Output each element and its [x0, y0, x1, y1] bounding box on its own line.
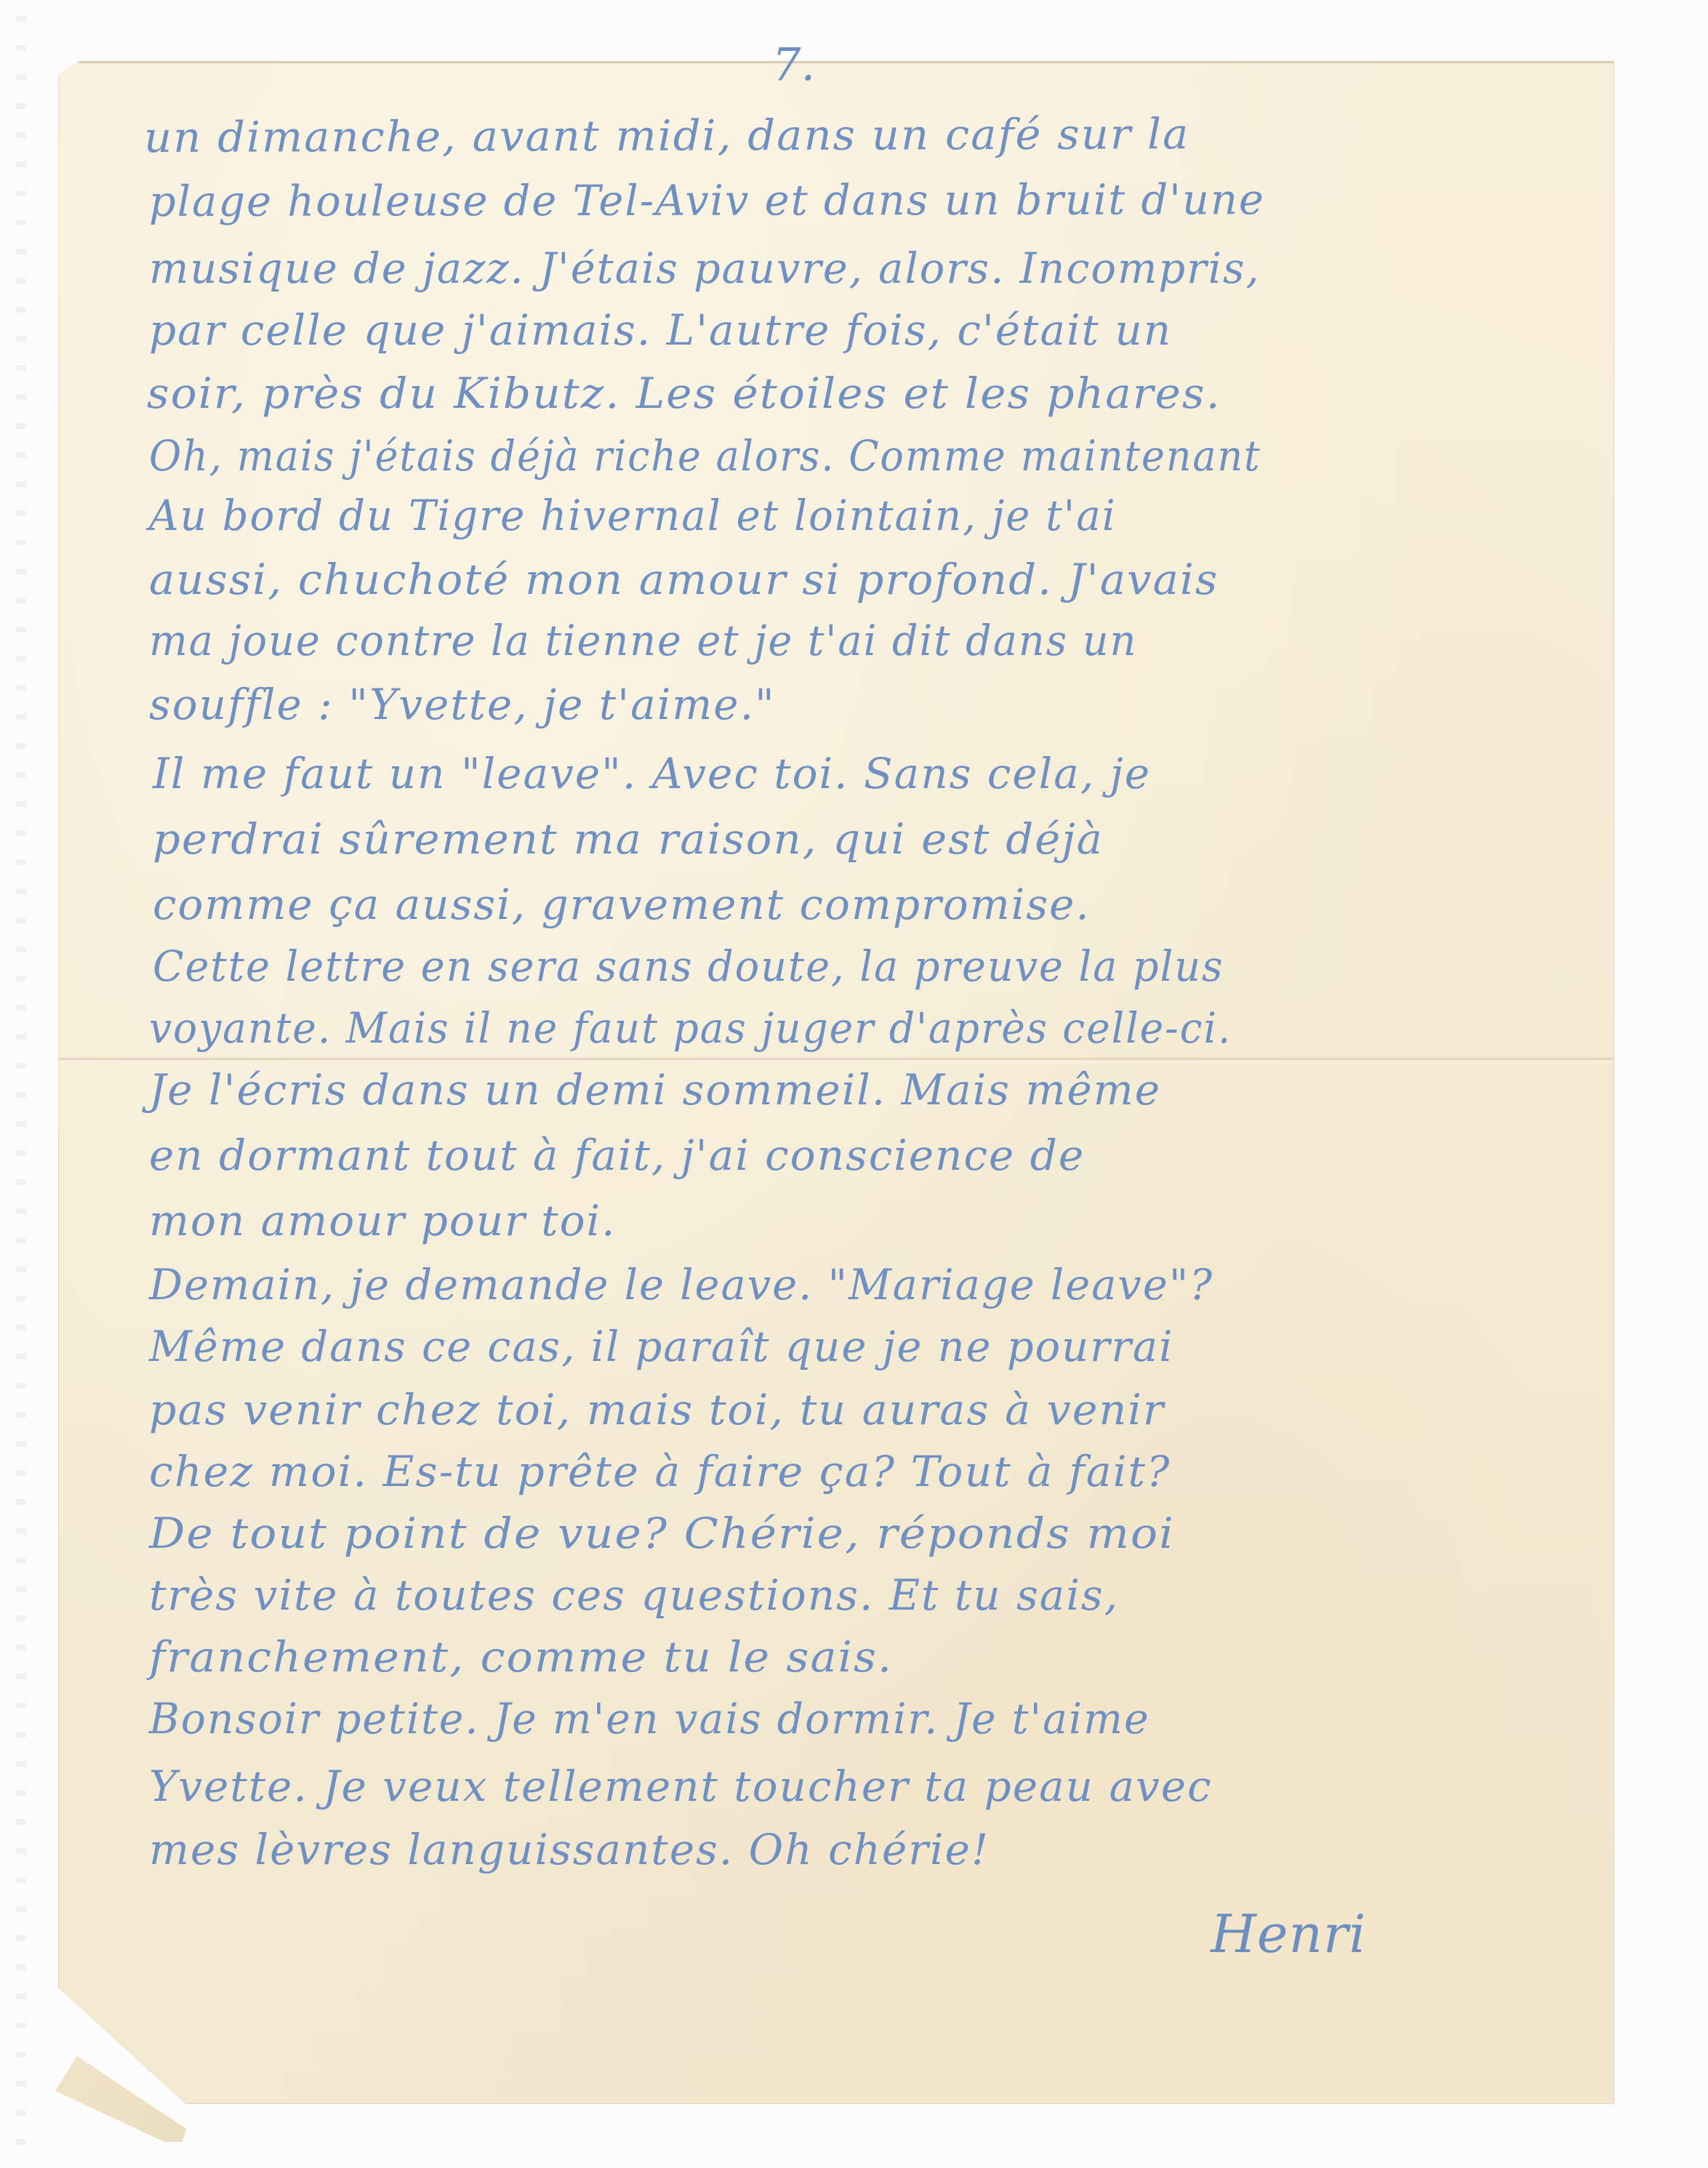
letter-line: très vite à toutes ces questions. Et tu …: [149, 1574, 1119, 1616]
letter-line: pas venir chez toi, mais toi, tu auras à…: [149, 1389, 1165, 1431]
letter-line: musique de jazz. J'étais pauvre, alors. …: [149, 247, 1261, 289]
letter-line: un dimanche, avant midi, dans un café su…: [144, 113, 1190, 158]
letter-line: perdrai sûrement ma raison, qui est déjà: [153, 818, 1104, 860]
letter-line: ma joue contre la tienne et je t'ai dit …: [149, 619, 1137, 662]
letter-line: chez moi. Es-tu prête à faire ça? Tout à…: [149, 1450, 1171, 1493]
letter-line: Il me faut un "leave". Avec toi. Sans ce…: [153, 752, 1151, 795]
letter-line: De tout point de vue? Chérie, réponds mo…: [149, 1512, 1175, 1554]
letter-line: comme ça aussi, gravement compromise.: [153, 883, 1091, 926]
letter-line: Oh, mais j'étais déjà riche alors. Comme…: [149, 435, 1261, 477]
signature: Henri: [1211, 1903, 1366, 1964]
letter-line: Bonsoir petite. Je m'en vais dormir. Je …: [149, 1698, 1150, 1740]
letter-body: 7. un dimanche, avant midi, dans un café…: [0, 0, 1708, 2168]
letter-line: Demain, je demande le leave. "Mariage le…: [149, 1264, 1214, 1306]
letter-line: mon amour pour toi.: [149, 1200, 617, 1242]
letter-line: Au bord du Tigre hivernal et lointain, j…: [149, 494, 1117, 537]
letter-line: Même dans ce cas, il paraît que je ne po…: [149, 1325, 1174, 1368]
page-number: 7.: [772, 38, 815, 91]
letter-line: souffle : "Yvette, je t'aime.": [149, 683, 776, 726]
letter-line: mes lèvres languissantes. Oh chérie!: [149, 1828, 990, 1871]
letter-line: soir, près du Kibutz. Les étoiles et les…: [147, 372, 1222, 414]
letter-line: par celle que j'aimais. L'autre fois, c'…: [149, 309, 1172, 351]
letter-line: Cette lettre en sera sans doute, la preu…: [153, 945, 1224, 987]
letter-line: Je l'écris dans un demi sommeil. Mais mê…: [149, 1069, 1161, 1111]
letter-line: en dormant tout à fait, j'ai conscience …: [149, 1134, 1085, 1176]
letter-line: aussi, chuchoté mon amour si profond. J'…: [149, 558, 1219, 601]
letter-line: voyante. Mais il ne faut pas juger d'apr…: [149, 1007, 1232, 1049]
letter-line: plage houleuse de Tel-Aviv et dans un br…: [149, 178, 1265, 222]
letter-line: Yvette. Je veux tellement toucher ta pea…: [149, 1765, 1212, 1807]
letter-line: franchement, comme tu le sais.: [149, 1636, 893, 1678]
